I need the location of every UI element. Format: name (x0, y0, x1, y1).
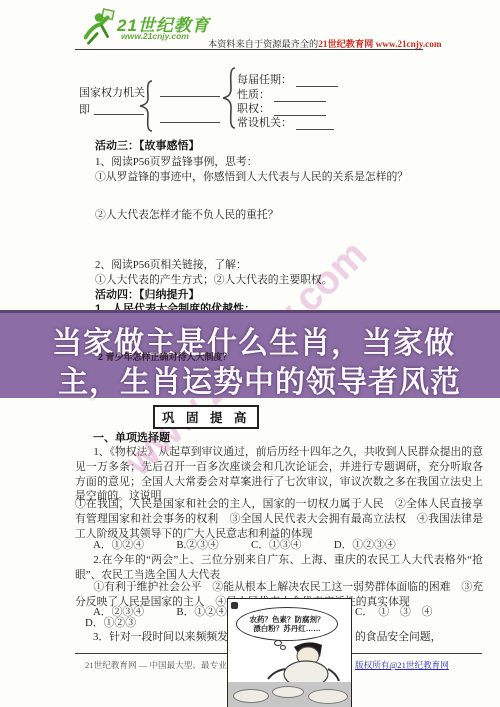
activity3-task2: 2、阅读P56页相关链接，了解： (95, 258, 247, 272)
field-blank (296, 119, 334, 130)
field-label: 每届任期： (237, 71, 292, 87)
activity3-question1: ①从罗益锋的事迹中，你感悟到人大代表与人民的关系是怎样的？ (95, 170, 408, 184)
footer-copyright-link[interactable]: 版权所有@21世纪教育网 (355, 659, 449, 671)
overlay-band-edge (0, 310, 500, 313)
question2-choices-d: D．①②③ (85, 616, 136, 630)
plate (233, 689, 269, 703)
activity4-point2: 2 青少年怎样正确对待人大制度？ (98, 350, 232, 363)
speech-bubble-line1: 农药？色素？防腐剂？ (250, 615, 325, 624)
activity3-question2: ②人大代表怎样才能不负人民的重托？ (95, 208, 279, 222)
activity3-heading: 活动三：【故事感悟】 (95, 139, 200, 153)
table-strip (228, 682, 351, 707)
activity3-task1: 1、阅读P56页罗益锋事例，思考： (95, 155, 258, 169)
footer-left-text: 21世纪教育网 — 中国最大型、最专业的中 (85, 659, 244, 671)
consolidation-box-title: 巩 固 提 高 (153, 405, 259, 429)
question2-text: 2.在今年的“两会”上、三位分别来自广东、上海、重庆的农民工人大代表格外“抢眼”… (75, 553, 483, 583)
question2-choices-c: C． ① ③ ④ (355, 605, 432, 619)
header-rule (75, 49, 423, 50)
exercise-section-title: 一、单项选择题 (93, 431, 170, 445)
diagram-blank-subject (94, 114, 144, 115)
food-safety-cartoon: 农药？色素？防腐剂？ 漂白粉？苏丹红…… (227, 598, 352, 707)
activity3-task2-items: ①人大代表的产生方式；②人大代表的主要职权。 (95, 273, 333, 287)
runner-logo-icon (80, 8, 118, 46)
field-label: 常设机关： (237, 114, 292, 130)
diagram-field-row: 常设机关： (237, 114, 334, 130)
diagram-blank-bottom (160, 122, 220, 123)
footer-rule-left (75, 653, 227, 654)
diagram-subject: 国家权力机关 (79, 86, 145, 100)
question1-choices: A．①②④ B.②③④ C．①③④ D．①②③④ (93, 538, 396, 552)
question3-text-right: 的食品安全问题， (355, 630, 441, 644)
header-banner: 本资料来自于资源最齐全的21世纪教育网 www.21cnjy.com (208, 36, 442, 50)
brace-icon (139, 80, 153, 132)
logo-url: www.21cnjy.com (121, 31, 189, 41)
question1-text: 1、《物权法》从起草到审议通过，前后历经十四年之久，共收到人民群众提出的意见一万… (75, 445, 483, 504)
cartoon-corner-mark (231, 602, 238, 609)
activity4-heading: 活动四：【归纳提升】 (95, 288, 200, 302)
banner-brand: 21世纪教育网 www.21cnjy.com (318, 39, 441, 49)
question3-text-left: 3．针对一段时间以来频频发生 (93, 630, 239, 644)
footer-rule-right (352, 653, 482, 654)
question1-options: ①在我国，人民是国家和社会的主人，国家的一切权力属于人民 ②全体人民直接享有管理… (75, 497, 483, 541)
diagram-subject-suffix: 即 (79, 103, 90, 117)
diagram-blank-top (160, 96, 220, 97)
worksheet-page: www.21cnjy.com 21世纪教育 www.21cnjy.com 本资料… (0, 0, 500, 707)
plate (308, 689, 348, 704)
speech-bubble-line2: 漂白粉？苏丹红…… (253, 624, 321, 633)
overlay-title-line2: 主，生肖运势中的领导者风范 (58, 357, 461, 401)
diner-figure (256, 641, 346, 685)
banner-prefix: 本资料来自于资源最齐全的 (208, 39, 318, 49)
plate (272, 686, 304, 698)
diagram-field-row: 每届任期： (237, 71, 338, 87)
speech-bubble: 农药？色素？防腐剂？ 漂白粉？苏丹红…… (236, 607, 338, 641)
brace-icon (222, 67, 236, 129)
